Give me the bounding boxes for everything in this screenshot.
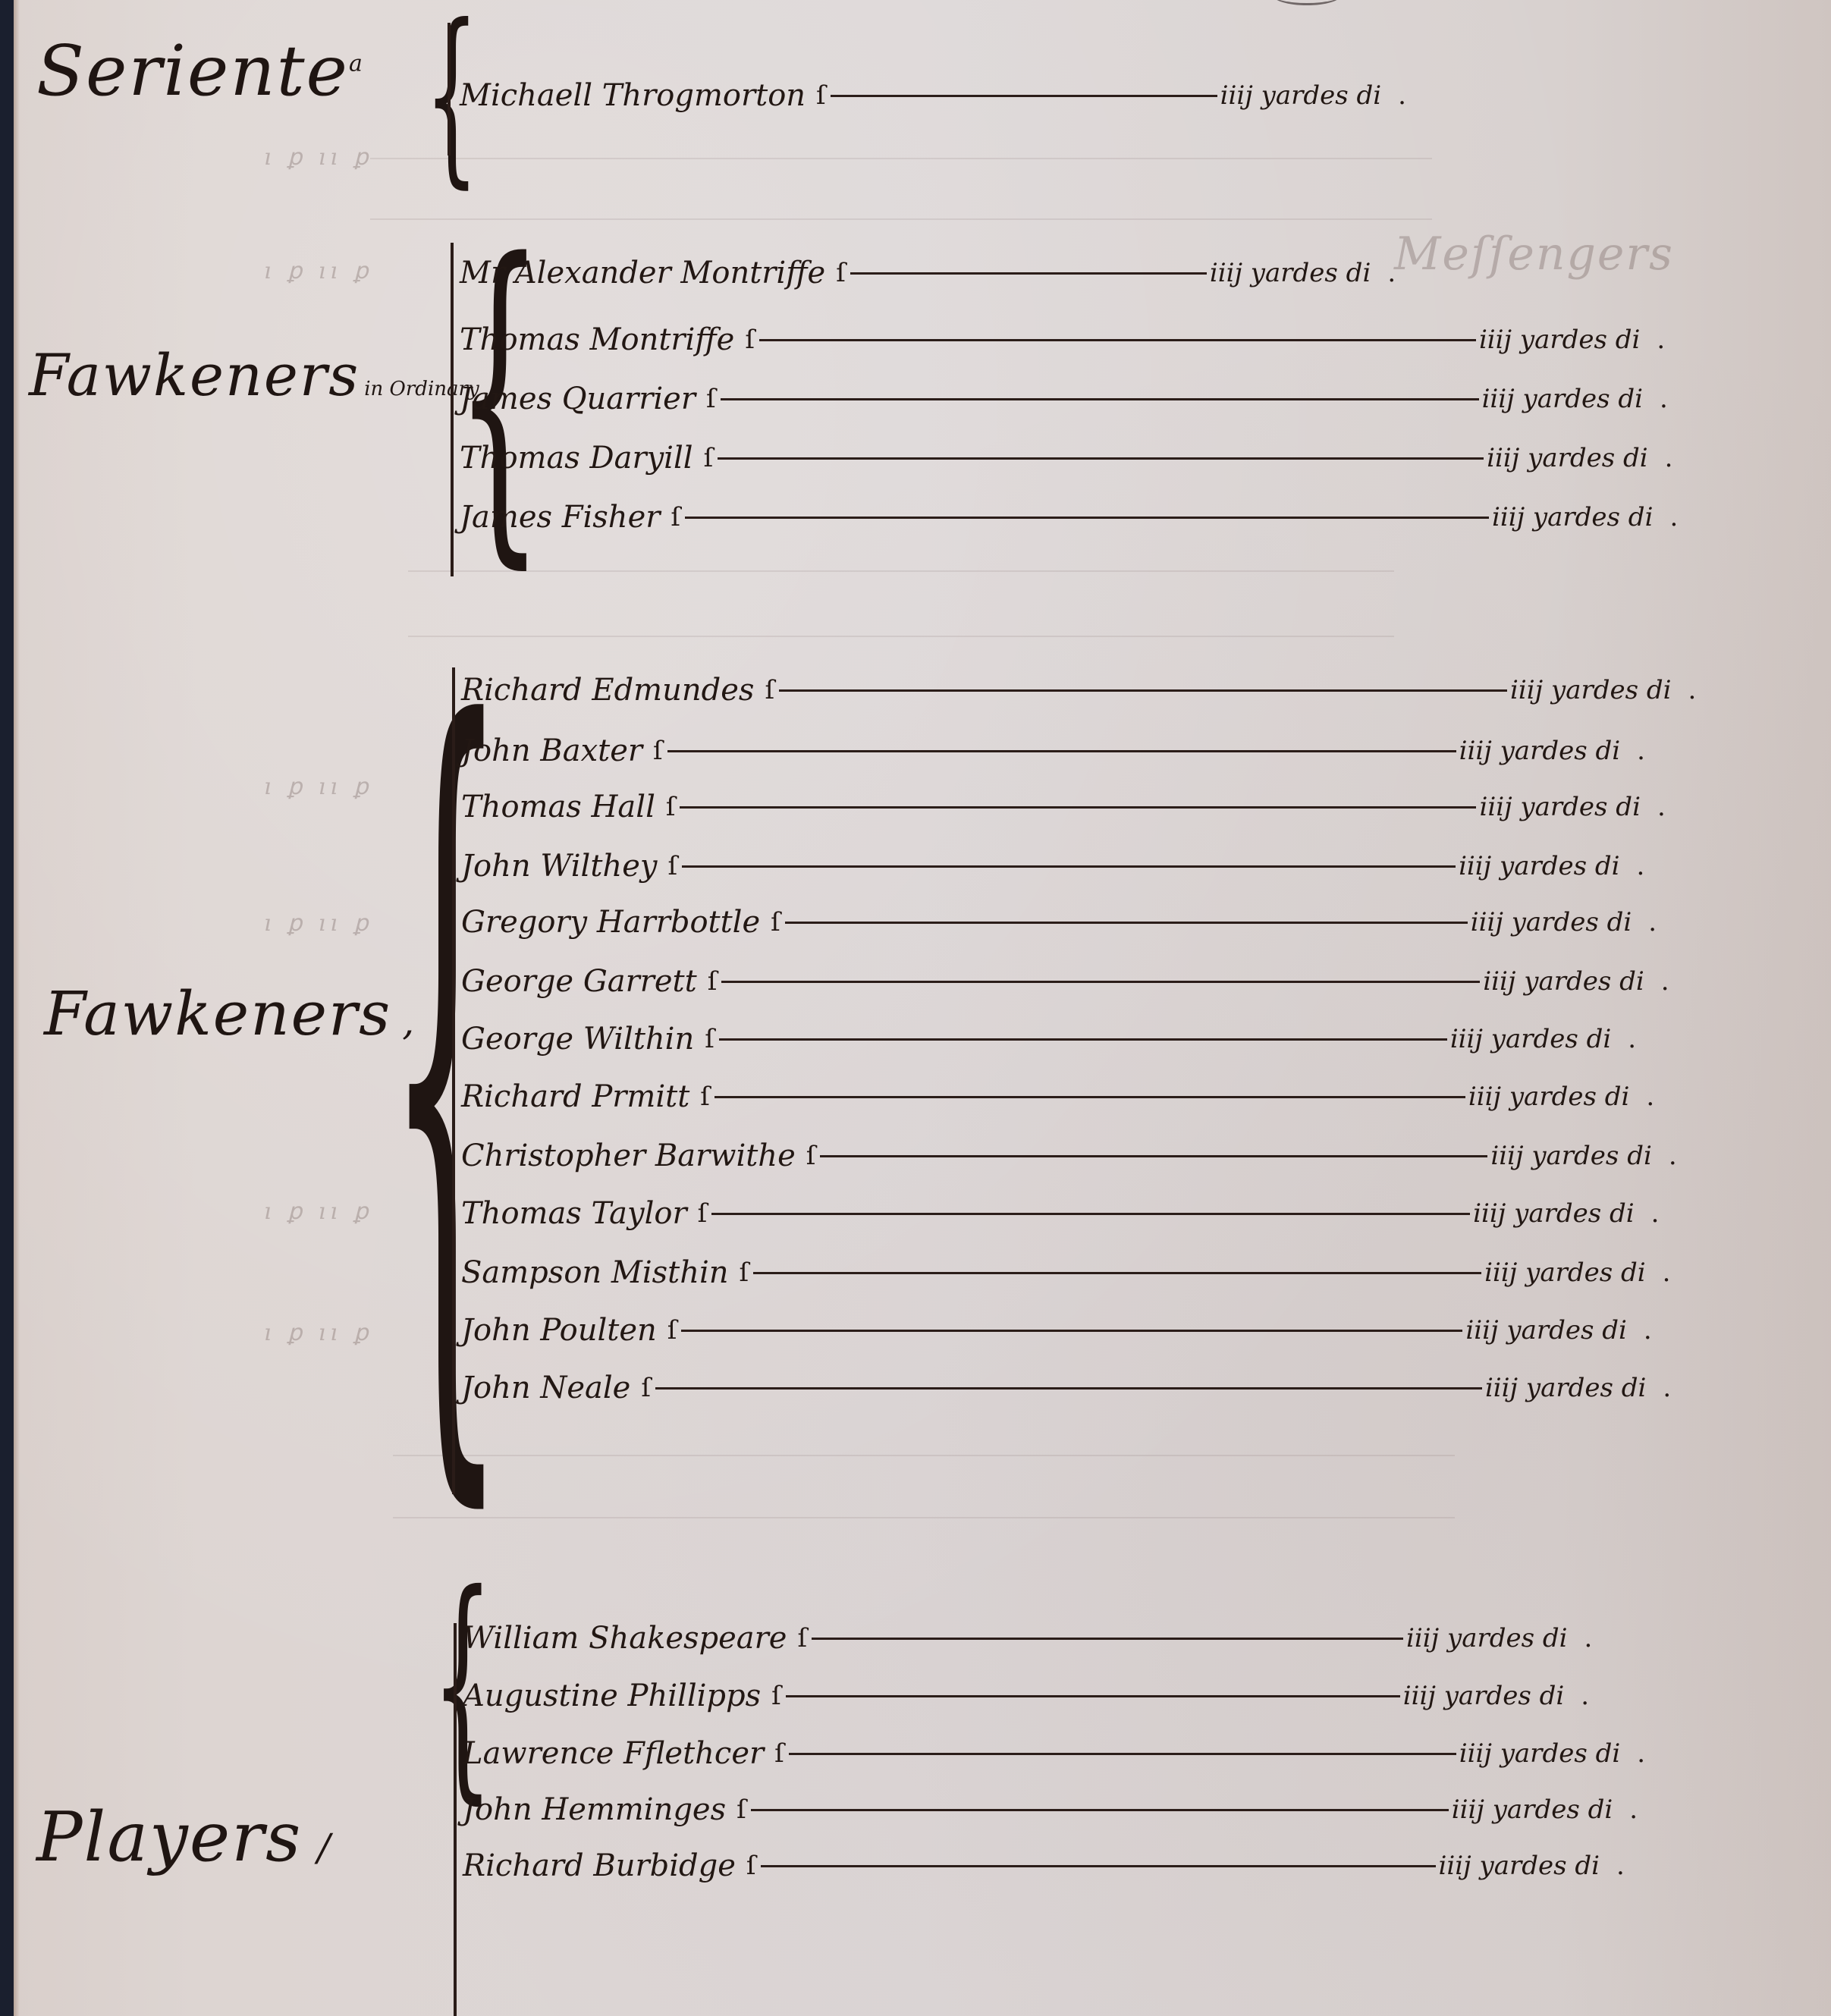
- entry-rule: [820, 1155, 1487, 1157]
- ledger-entry: William Shakespeare ſ iiij yardes di .: [463, 1616, 1592, 1661]
- entry-amount: iiij yardes di: [1473, 1198, 1634, 1229]
- show-through-text: Meſſengers: [1394, 228, 1674, 281]
- show-through-text: ı ꝑ ıı ꝑ: [264, 774, 372, 800]
- entry-rule: [753, 1272, 1481, 1274]
- ledger-entry: Richard Edmundes ſ iiij yardes di .: [461, 667, 1696, 713]
- entry-stroke-icon: ſ: [765, 675, 774, 705]
- entry-amount: iiij yardes di: [1403, 1681, 1564, 1711]
- ruling-line: [408, 636, 1394, 637]
- entry-rule: [681, 1330, 1462, 1332]
- entry-rule: [685, 517, 1489, 519]
- entry-stroke-icon: ſ: [736, 1795, 746, 1825]
- entry-rule: [761, 1865, 1436, 1867]
- entry-stroke-icon: ſ: [667, 1315, 677, 1346]
- entry-amount: iiij yardes di: [1439, 1851, 1600, 1881]
- entry-end-dot: .: [1387, 258, 1396, 288]
- entry-name: Richard Edmundes: [461, 673, 754, 708]
- page-edge: [14, 0, 20, 2016]
- entry-amount: iiij yardes di: [1484, 1258, 1645, 1288]
- entry-end-dot: .: [1629, 1795, 1638, 1825]
- ledger-entry: Thomas Taylor ſ iiij yardes di .: [461, 1191, 1659, 1236]
- entry-name: Richard Burbidge: [463, 1848, 736, 1883]
- manuscript-page: ı ꝑ ıı ꝑ ı ꝑ ıı ꝑ ı ꝑ ıı ꝑ ı ꝑ ıı ꝑ ı ꝑ …: [14, 0, 1831, 2016]
- entry-stroke-icon: ſ: [641, 1373, 651, 1403]
- show-through-text: ı ꝑ ıı ꝑ: [264, 258, 372, 284]
- entry-stroke-icon: ſ: [666, 792, 676, 822]
- section-heading-fawkeners: Fawkeners,: [44, 978, 416, 1049]
- entry-amount: iiij yardes di: [1210, 258, 1371, 288]
- entry-rule: [714, 1096, 1465, 1098]
- entry-rule: [789, 1753, 1456, 1755]
- entry-amount: iiij yardes di: [1482, 384, 1643, 414]
- entry-name: James Fisher: [460, 500, 660, 535]
- ledger-entry: Gregory Harrbottle ſ iiij yardes di .: [461, 900, 1657, 945]
- entry-name: Thomas Montriffe: [460, 322, 734, 357]
- entry-rule: [812, 1638, 1403, 1640]
- entry-amount: iiij yardes di: [1479, 792, 1640, 822]
- entry-end-dot: .: [1637, 851, 1645, 881]
- entry-end-dot: .: [1581, 1681, 1589, 1711]
- entry-stroke-icon: ſ: [797, 1623, 807, 1653]
- entry-stroke-icon: ſ: [708, 966, 718, 997]
- ledger-entry: John Neale ſ iiij yardes di .: [461, 1365, 1671, 1411]
- ledger-entry: Augustine Phillipps ſ iiij yardes di .: [463, 1673, 1589, 1719]
- entry-end-dot: .: [1661, 966, 1669, 997]
- entry-stroke-icon: ſ: [671, 502, 680, 532]
- entry-stroke-icon: ſ: [667, 851, 677, 881]
- entry-name: John Baxter: [461, 733, 642, 768]
- entry-end-dot: .: [1616, 1851, 1625, 1881]
- entry-amount: iiij yardes di: [1459, 1738, 1620, 1769]
- entry-end-dot: .: [1651, 1198, 1660, 1229]
- ledger-entry: John Wilthey ſ iiij yardes di .: [461, 843, 1644, 889]
- entry-rule: [786, 1695, 1400, 1697]
- ledger-entry: Thomas Daryill ſ iiij yardes di .: [460, 435, 1672, 481]
- entry-rule: [655, 1387, 1482, 1390]
- bracket-bar: [454, 1623, 457, 2016]
- entry-stroke-icon: ſ: [653, 736, 663, 766]
- entry-amount: iiij yardes di: [1487, 443, 1647, 473]
- entry-end-dot: .: [1663, 1373, 1671, 1403]
- show-through-text: ı ꝑ ıı ꝑ: [264, 1320, 372, 1346]
- entry-name: Lawrence Fflethcer: [463, 1736, 764, 1771]
- bracket-bar: [448, 23, 451, 155]
- entry-rule: [721, 981, 1480, 983]
- ledger-entry: Thomas Montriffe ſ iiij yardes di .: [460, 317, 1665, 363]
- entry-end-dot: .: [1648, 907, 1657, 937]
- entry-amount: iiij yardes di: [1459, 851, 1619, 881]
- entry-end-dot: .: [1657, 792, 1666, 822]
- entry-stroke-icon: ſ: [816, 80, 826, 111]
- show-through-text: ı ꝑ ıı ꝑ: [264, 910, 372, 937]
- entry-amount: iiij yardes di: [1492, 502, 1653, 532]
- entry-name: Thomas Daryill: [460, 441, 693, 476]
- entry-rule: [785, 922, 1468, 924]
- entry-stroke-icon: ſ: [806, 1141, 816, 1171]
- entry-stroke-icon: ſ: [745, 325, 755, 355]
- show-through-text: ı ꝑ ıı ꝑ: [264, 144, 372, 171]
- entry-name: Augustine Phillipps: [463, 1678, 761, 1713]
- entry-amount: iiij yardes di: [1465, 1315, 1626, 1346]
- show-through-text: ı ꝑ ıı ꝑ: [264, 1198, 372, 1225]
- entry-name: William Shakespeare: [463, 1621, 787, 1656]
- entry-stroke-icon: ſ: [700, 1082, 710, 1112]
- entry-name: John Wilthey: [461, 849, 657, 884]
- entry-amount: iiij yardes di: [1459, 736, 1620, 766]
- entry-name: John Poulten: [461, 1313, 657, 1348]
- section-heading-fawkeners-ordinary: Fawkenersin Ordinary: [29, 341, 479, 409]
- ledger-entry: Richard Prmitt ſ iiij yardes di .: [461, 1074, 1654, 1119]
- entry-name: John Hemminges: [463, 1792, 726, 1827]
- entry-stroke-icon: ſ: [705, 1024, 714, 1054]
- ledger-entry: Richard Burbidge ſ iiij yardes di .: [463, 1843, 1625, 1889]
- entry-amount: iiij yardes di: [1483, 966, 1644, 997]
- entry-stroke-icon: ſ: [706, 384, 716, 414]
- entry-end-dot: .: [1398, 80, 1406, 111]
- ledger-entry: James Quarrier ſ iiij yardes di .: [460, 376, 1668, 422]
- seal-mark: [1273, 0, 1341, 5]
- entry-rule: [711, 1213, 1470, 1215]
- entry-name: John Neale: [461, 1371, 630, 1405]
- entry-name: Gregory Harrbottle: [461, 905, 760, 940]
- ledger-entry: George Garrett ſ iiij yardes di .: [461, 959, 1669, 1004]
- entry-amount: iiij yardes di: [1220, 80, 1381, 111]
- entry-name: Christopher Barwithe: [461, 1138, 796, 1173]
- entry-name: Thomas Taylor: [461, 1196, 687, 1231]
- entry-amount: iiij yardes di: [1471, 907, 1632, 937]
- entry-rule: [718, 457, 1484, 460]
- entry-name: Richard Prmitt: [461, 1079, 689, 1114]
- entry-rule: [831, 95, 1217, 97]
- entry-stroke-icon: ſ: [836, 258, 846, 288]
- entry-end-dot: .: [1688, 675, 1697, 705]
- entry-end-dot: .: [1665, 443, 1673, 473]
- ledger-entry: John Hemminges ſ iiij yardes di .: [463, 1787, 1638, 1832]
- entry-name: Mr Alexander Montriffe: [460, 256, 825, 290]
- entry-name: Sampson Misthin: [461, 1255, 729, 1290]
- entry-stroke-icon: ſ: [746, 1851, 756, 1881]
- entry-rule: [682, 865, 1456, 868]
- ruling-line: [370, 158, 1432, 159]
- bracket-bar: [452, 667, 455, 1494]
- ruling-line: [393, 1517, 1455, 1518]
- entry-end-dot: .: [1584, 1623, 1593, 1653]
- entry-end-dot: .: [1663, 1258, 1671, 1288]
- entry-rule: [680, 806, 1476, 809]
- section-heading-players: Players/: [36, 1798, 331, 1877]
- entry-rule: [850, 272, 1207, 275]
- entry-stroke-icon: ſ: [740, 1258, 749, 1288]
- entry-end-dot: .: [1660, 384, 1668, 414]
- entry-amount: iiij yardes di: [1452, 1795, 1613, 1825]
- entry-name: George Garrett: [461, 964, 697, 999]
- ruling-line: [408, 570, 1394, 572]
- entry-end-dot: .: [1657, 325, 1665, 355]
- entry-amount: iiij yardes di: [1406, 1623, 1567, 1653]
- ledger-entry: Thomas Hall ſ iiij yardes di .: [461, 784, 1666, 830]
- entry-name: Michaell Throgmorton: [460, 78, 806, 113]
- entry-stroke-icon: ſ: [771, 907, 780, 937]
- ledger-entry: James Fisher ſ iiij yardes di .: [460, 495, 1678, 540]
- entry-rule: [667, 750, 1456, 752]
- entry-amount: iiij yardes di: [1490, 1141, 1651, 1171]
- ledger-entry: Sampson Misthin ſ iiij yardes di .: [461, 1250, 1670, 1295]
- entry-end-dot: .: [1646, 1082, 1654, 1112]
- entry-stroke-icon: ſ: [698, 1198, 708, 1229]
- entry-end-dot: .: [1628, 1024, 1636, 1054]
- entry-amount: iiij yardes di: [1450, 1024, 1611, 1054]
- entry-rule: [719, 1038, 1447, 1041]
- entry-end-dot: .: [1637, 1738, 1645, 1769]
- entry-name: George Wilthin: [461, 1022, 694, 1057]
- entry-name: James Quarrier: [460, 382, 696, 416]
- entry-stroke-icon: ſ: [774, 1738, 784, 1769]
- entry-rule: [759, 339, 1476, 341]
- ledger-entry: Lawrence Fflethcer ſ iiij yardes di .: [463, 1731, 1645, 1776]
- ledger-entry: Mr Alexander Montriffe ſ iiij yardes di …: [460, 250, 1396, 296]
- entry-end-dot: .: [1669, 502, 1678, 532]
- entry-amount: iiij yardes di: [1510, 675, 1671, 705]
- ledger-entry: George Wilthin ſ iiij yardes di .: [461, 1016, 1636, 1062]
- entry-stroke-icon: ſ: [771, 1681, 781, 1711]
- ledger-entry: John Baxter ſ iiij yardes di .: [461, 728, 1645, 774]
- ruling-line: [393, 1455, 1455, 1456]
- entry-end-dot: .: [1644, 1315, 1652, 1346]
- ledger-entry: Christopher Barwithe ſ iiij yardes di .: [461, 1133, 1677, 1179]
- entry-rule: [779, 689, 1507, 692]
- bracket-bar: [451, 243, 454, 576]
- entry-stroke-icon: ſ: [704, 443, 714, 473]
- entry-end-dot: .: [1637, 736, 1645, 766]
- entry-name: Thomas Hall: [461, 790, 655, 824]
- section-heading-seriente: Serientea: [36, 30, 364, 111]
- entry-amount: iiij yardes di: [1479, 325, 1640, 355]
- entry-end-dot: .: [1669, 1141, 1677, 1171]
- ledger-entry: John Poulten ſ iiij yardes di .: [461, 1308, 1652, 1353]
- entry-rule: [721, 398, 1479, 400]
- entry-rule: [751, 1809, 1449, 1811]
- ledger-entry: Michaell Throgmorton ſ iiij yardes di .: [460, 73, 1406, 118]
- entry-amount: iiij yardes di: [1485, 1373, 1646, 1403]
- entry-amount: iiij yardes di: [1468, 1082, 1629, 1112]
